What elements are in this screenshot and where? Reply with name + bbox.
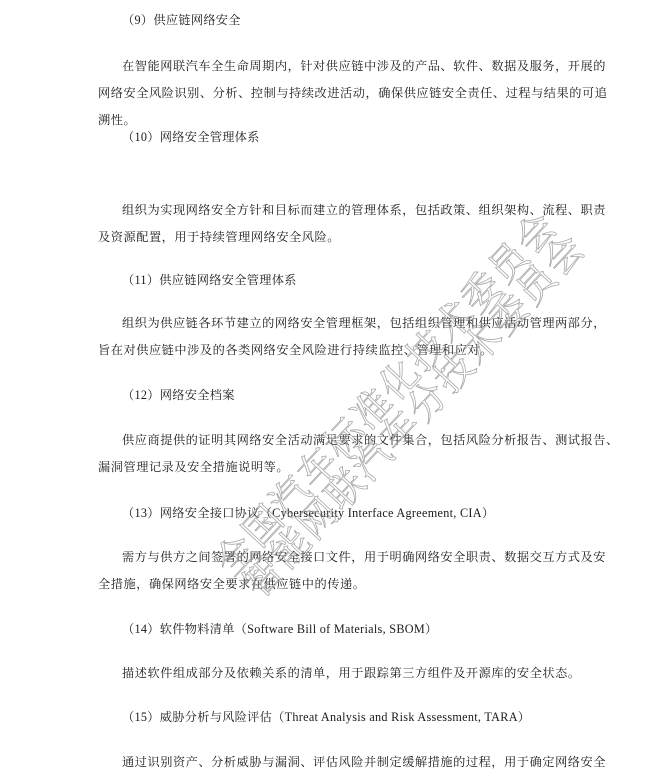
section-heading-11: （11）供应链网络安全管理体系 [122,272,297,288]
paragraph-line: 组织为供应链各环节建立的网络安全管理框架，包括组织管理和供应活动管理两部分， [122,315,578,331]
section-heading-12: （12）网络安全档案 [122,387,235,403]
paragraph-line: 漏洞管理记录及安全措施说明等。 [98,459,578,475]
paragraph-line: 及资源配置，用于持续管理网络安全风险。 [98,229,578,245]
paragraph-line: 供应商提供的证明其网络安全活动满足要求的文件集合，包括风险分析报告、测试报告、 [122,432,578,448]
document-page: （9）供应链网络安全 在智能网联汽车全生命周期内，针对供应链中涉及的产品、软件、… [0,0,668,775]
section-heading-10: （10）网络安全管理体系 [122,129,260,145]
section-heading-9: （9）供应链网络安全 [122,12,241,28]
watermark-line-1: 全国汽车标准化技术委员会 [200,197,568,586]
paragraph-line: 网络安全风险识别、分析、控制与持续改进活动，确保供应链安全责任、过程与结果的可追 [98,85,578,101]
paragraph-line: 组织为实现网络安全方针和目标而建立的管理体系，包括政策、组织架构、流程、职责 [122,202,578,218]
paragraph-line: 通过识别资产、分析威胁与漏洞、评估风险并制定缓解措施的过程，用于确定网络安全 [122,754,578,770]
paragraph-line: 旨在对供应链中涉及的各类网络安全风险进行持续监控、管理和应对。 [98,342,578,358]
section-heading-15: （15）威胁分析与风险评估（Threat Analysis and Risk A… [122,709,530,725]
paragraph-line: 需方与供方之间签署的网络安全接口文件，用于明确网络安全职责、数据交互方式及安 [122,549,578,565]
paragraph-line: 全措施，确保网络安全要求在供应链中的传递。 [98,576,578,592]
paragraph-line: 描述软件组成部分及依赖关系的清单，用于跟踪第三方组件及开源库的安全状态。 [122,665,578,681]
section-heading-13: （13）网络安全接口协议（Cybersecurity Interface Agr… [122,505,494,521]
section-heading-14: （14）软件物料清单（Software Bill of Materials, S… [122,621,438,637]
paragraph-line: 在智能网联汽车全生命周期内，针对供应链中涉及的产品、软件、数据及服务，开展的 [122,58,578,74]
paragraph-line: 溯性。 [98,112,578,128]
